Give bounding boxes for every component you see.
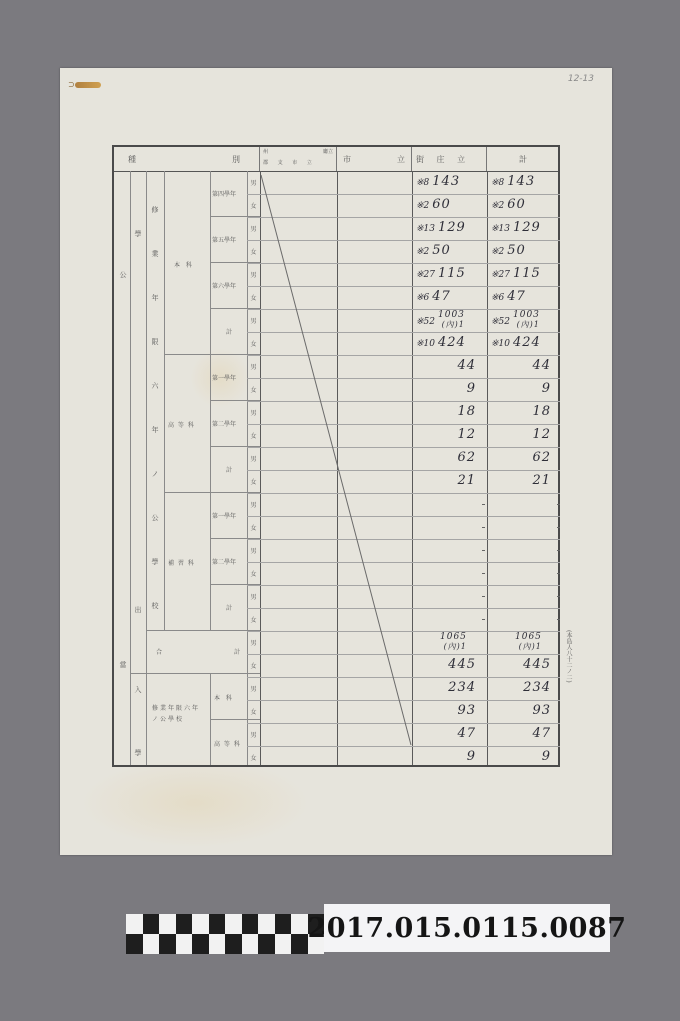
calibration-square (209, 914, 226, 934)
accession-number-label: 2017.015.0115.0087 (324, 904, 610, 952)
diagonal-cancel-line (114, 147, 562, 769)
calibration-square (192, 934, 209, 954)
calibration-square (176, 934, 193, 954)
color-calibration-card (126, 914, 324, 954)
calibration-square (225, 934, 242, 954)
calibration-square (209, 934, 226, 954)
calibration-square (159, 914, 176, 934)
calibration-square (192, 914, 209, 934)
calibration-square (242, 934, 259, 954)
calibration-square (143, 914, 160, 934)
calibration-square (258, 914, 275, 934)
calibration-square (176, 914, 193, 934)
form-number-note: (本島人八十二ノ二) (562, 630, 572, 683)
calibration-square (143, 934, 160, 954)
calibration-square (242, 914, 259, 934)
page-number: 12-13 (568, 74, 594, 84)
calibration-square (291, 934, 308, 954)
calibration-square (225, 914, 242, 934)
calibration-square (275, 914, 292, 934)
paper-stain (80, 758, 310, 848)
rust-mark: ⊃ (68, 80, 101, 89)
statistics-table: 種 別 州 廳立 郡 支 市 立 市 立 街 庄 立 計 (112, 145, 560, 767)
calibration-square (159, 934, 176, 954)
calibration-square (258, 934, 275, 954)
calibration-square (275, 934, 292, 954)
calibration-square (126, 934, 143, 954)
calibration-square (126, 914, 143, 934)
calibration-square (291, 914, 308, 934)
